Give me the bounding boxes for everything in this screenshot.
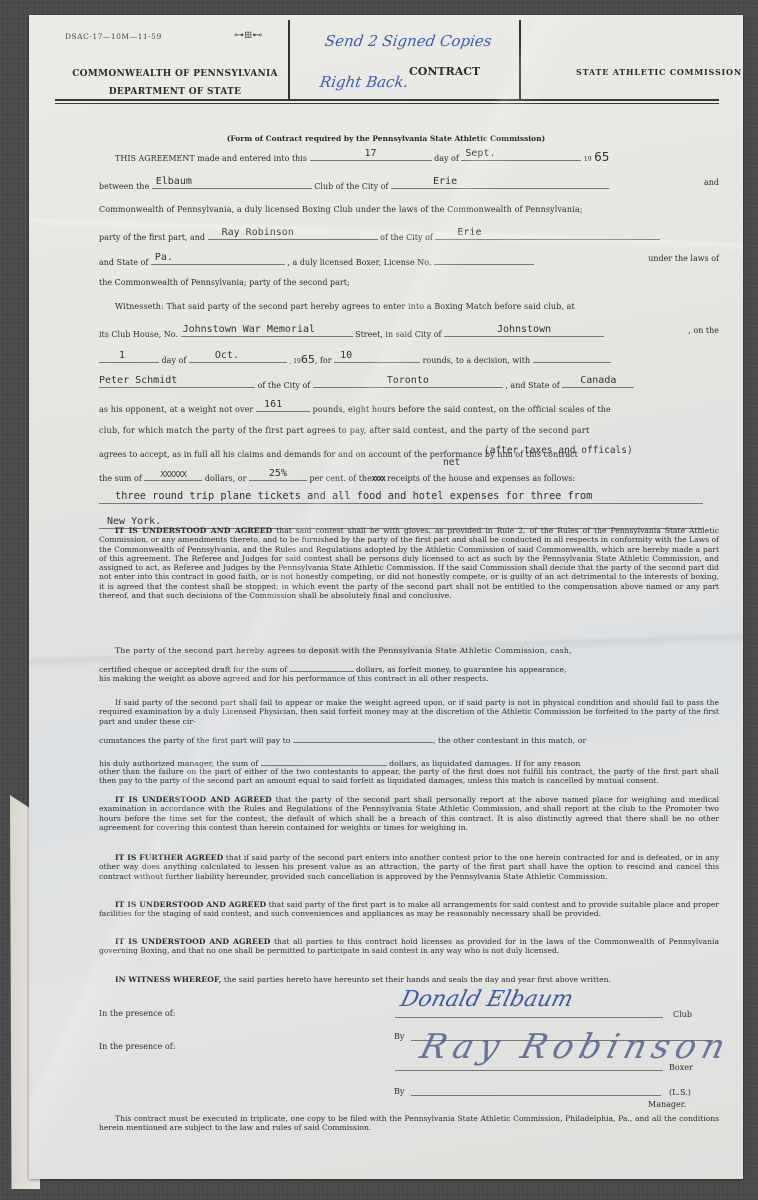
boxer-state-field[interactable]: Pa. xyxy=(151,254,285,265)
sum-line: the sum of XXXXXX dollars, or 25% per ce… xyxy=(99,470,719,483)
club-label: Club xyxy=(673,1010,692,1019)
opponent-line: Peter Schmidt of the City of Toronto , a… xyxy=(99,377,719,390)
licensing-clause: IT IS UNDERSTOOD AND AGREED that all par… xyxy=(99,937,719,956)
club-name-field[interactable]: Elbaum xyxy=(152,178,312,189)
weight-line: as his opponent, at a weight not over 16… xyxy=(99,401,719,414)
opponent-city-field[interactable]: Toronto xyxy=(313,377,503,388)
boxer-line: party of the first part, and Ray Robinso… xyxy=(99,229,719,242)
issuer-commonwealth: COMMONWEALTH OF PENNSYLVANIA xyxy=(65,69,285,79)
forfeit-tail-clause: other than the failure on the part of ei… xyxy=(99,767,719,786)
gloves-clause: IT IS UNDERSTOOD AND AGREED that said co… xyxy=(99,526,719,600)
venue-city-field[interactable]: Johnstown xyxy=(444,326,604,337)
ls-label: (L.S.) xyxy=(669,1088,691,1097)
club-signature-line[interactable] xyxy=(395,1017,663,1018)
by-label-1: By xyxy=(394,1032,404,1041)
form-code: DSAC-17—10M—11-59 xyxy=(65,32,162,41)
issuer-department: DEPARTMENT OF STATE xyxy=(65,87,285,97)
sum-dollars-field[interactable]: XXXXXX xyxy=(144,470,202,481)
contract-document: DSAC-17—10M—11-59 ⊶⊞⊷ COMMONWEALTH OF PE… xyxy=(29,15,743,1179)
struck-word: XXXX xyxy=(372,475,385,483)
payment-line: club, for which match the party of the f… xyxy=(99,426,719,435)
manager-label: Manager. xyxy=(648,1100,686,1109)
venue-field[interactable]: Johnstown War Memorial xyxy=(181,326,353,337)
presence-label-1: In the presence of: xyxy=(99,1009,175,1018)
after-taxes-insert: (after taxes and officals) xyxy=(484,445,633,456)
boxer-state-line: and State of Pa. , a duly licensed Boxer… xyxy=(99,254,719,267)
rounds-field[interactable]: 10 xyxy=(334,352,420,363)
expenses-field-1[interactable]: three round trip plane tickets and all f… xyxy=(99,493,703,504)
bout-month-field[interactable]: Oct. xyxy=(189,352,287,363)
year-field[interactable]: 65 xyxy=(594,150,609,164)
percent-field[interactable]: 25% xyxy=(249,470,307,481)
forfeit-payee-field[interactable] xyxy=(293,735,433,743)
bout-day-field[interactable]: 1 xyxy=(99,352,159,363)
presence-label-2: In the presence of: xyxy=(99,1042,175,1051)
ornament-icon: ⊶⊞⊷ xyxy=(234,30,262,41)
boxer-city-field[interactable]: Erie xyxy=(435,229,660,240)
deposit-amount-field[interactable] xyxy=(290,665,354,672)
second-party-line: the Commonwealth of Pennsylvania; party … xyxy=(99,278,719,287)
witnesseth-line: Witnesseth: That said party of the secon… xyxy=(99,302,719,311)
handwritten-note: Send 2 Signed Copies xyxy=(324,32,493,50)
document-title: CONTRACT xyxy=(409,65,480,78)
further-clause: IT IS FURTHER AGREED that if said party … xyxy=(99,853,719,881)
deposit-clause: certified cheque or accepted draft for t… xyxy=(99,665,719,684)
deposit-line-1: The party of the second part hereby agre… xyxy=(99,646,719,655)
footer-note: This contract must be executed in tripli… xyxy=(99,1114,719,1133)
club-signature: Donald Elbaum xyxy=(398,987,576,1012)
expenses-line-1: three round trip plane tickets and all f… xyxy=(99,493,719,506)
bout-date-line: 1 day of Oct. , 1965, for 10 rounds, to … xyxy=(99,352,719,366)
club-city-field[interactable]: Erie xyxy=(391,178,609,189)
forfeit-amount-field[interactable] xyxy=(261,758,387,766)
month-field[interactable]: Sept. xyxy=(461,150,581,161)
witness-clause: IN WITNESS WHEREOF, the said parties her… xyxy=(99,975,719,984)
header-rule xyxy=(55,99,719,104)
agreement-date-line: THIS AGREEMENT made and entered into thi… xyxy=(99,150,719,164)
bout-year-field[interactable]: 65 xyxy=(301,353,315,366)
agency-name: STATE ATHLETIC COMMISSION xyxy=(576,67,742,77)
club-line: between the Elbaum Club of the City of E… xyxy=(99,178,719,191)
day-field[interactable]: 17 xyxy=(310,150,432,161)
form-caption: (Form of Contract required by the Pennsy… xyxy=(29,134,743,143)
header-divider-left xyxy=(288,20,290,100)
handwritten-note: Right Back. xyxy=(319,73,410,91)
weight-field[interactable]: 161 xyxy=(256,401,310,412)
boxer-signature-line[interactable] xyxy=(395,1070,663,1071)
manager-signature-line[interactable] xyxy=(411,1095,661,1096)
by-label-2: By xyxy=(394,1087,404,1096)
weighin-clause: IT IS UNDERSTOOD AND AGREED that the par… xyxy=(99,795,719,832)
boxer-name-field[interactable]: Ray Robinson xyxy=(208,229,378,240)
opponent-spacer xyxy=(533,352,611,363)
opponent-name-field[interactable]: Peter Schmidt xyxy=(99,377,255,388)
forfeit-payee-line: cumstances the party of the first part w… xyxy=(99,735,719,745)
boxer-signature: Ray Robinson xyxy=(416,1027,735,1067)
header-divider-right xyxy=(519,20,521,100)
venue-line: its Club House, No. Johnstown War Memori… xyxy=(99,326,719,339)
net-insert: net xyxy=(443,457,460,468)
opponent-state-field[interactable]: Canada xyxy=(562,377,634,388)
license-number-field[interactable] xyxy=(434,254,534,265)
club-license-line: Commonwealth of Pennsylvania, a duly lic… xyxy=(99,205,719,214)
arrangements-clause: IT IS UNDERSTOOD AND AGREED that said pa… xyxy=(99,900,719,919)
forfeit-clause: If said party of the second part shall f… xyxy=(99,698,719,726)
